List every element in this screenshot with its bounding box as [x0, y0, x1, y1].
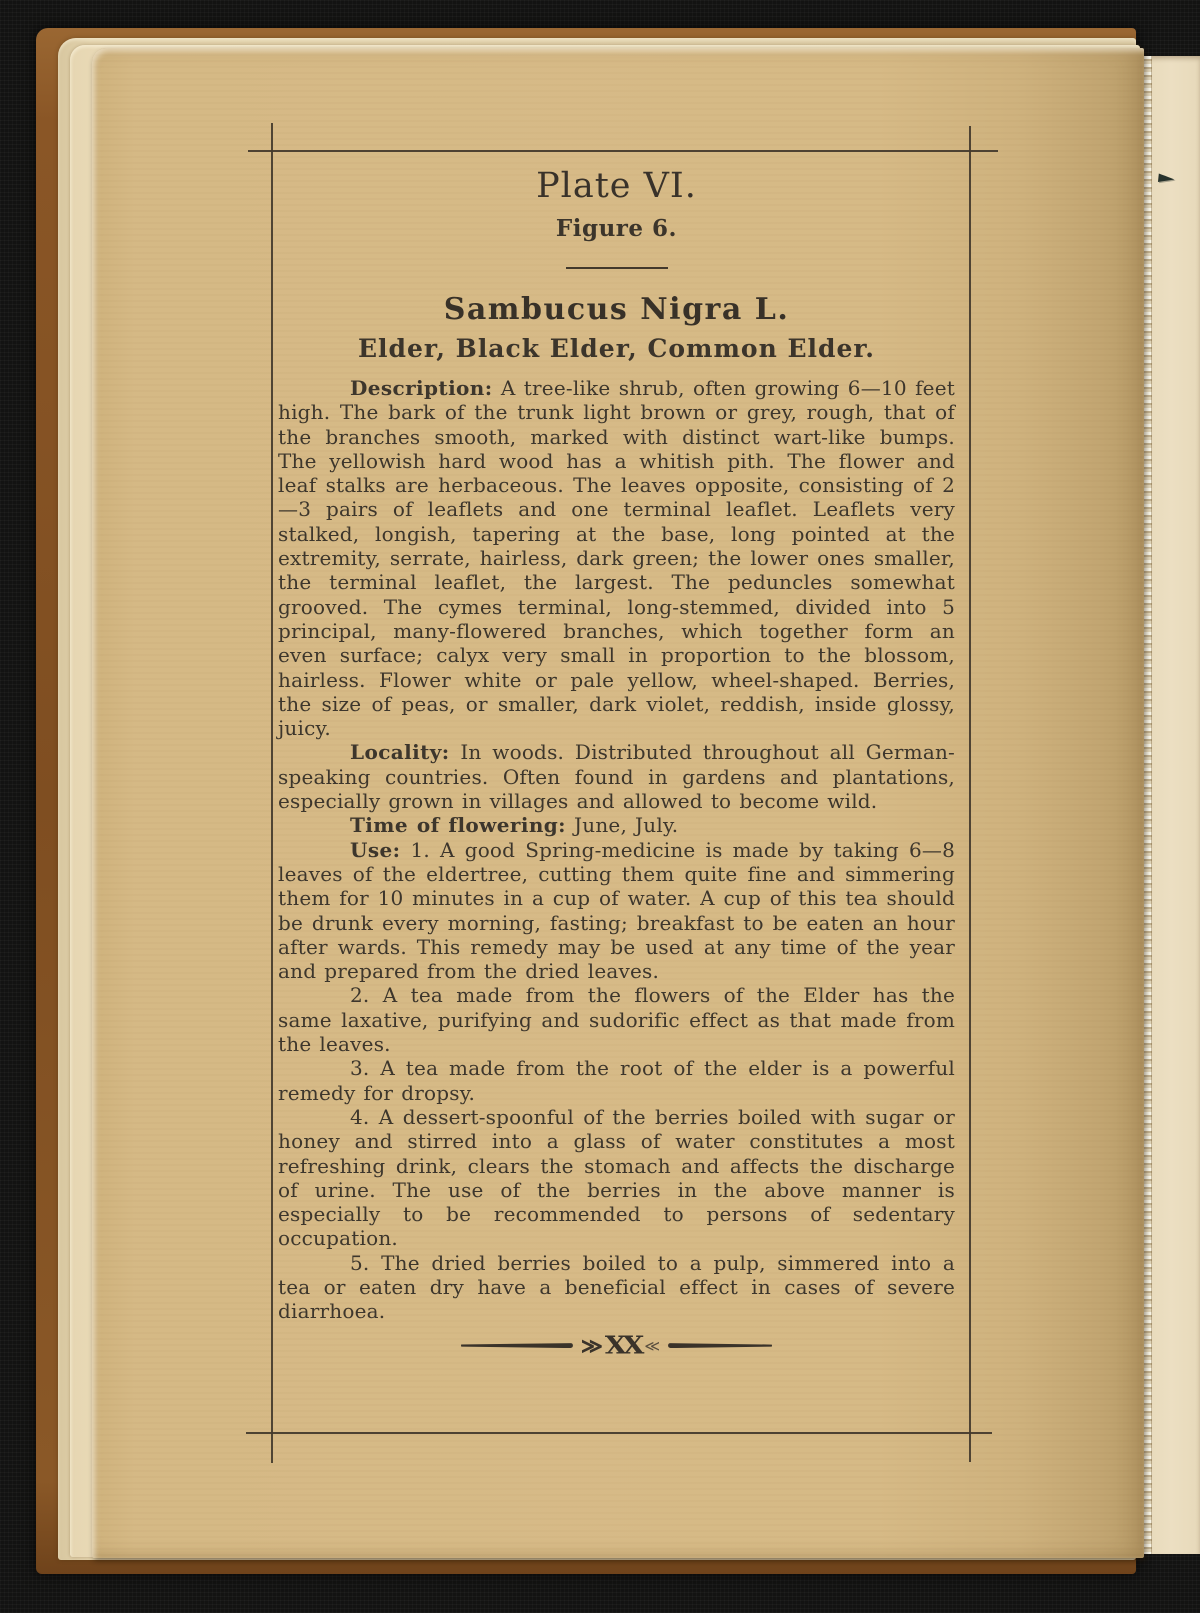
paragraph-use-4: 4. A dessert-spoonful of the berries boi… [278, 1105, 955, 1251]
paragraph-text: 2. A tea made from the flowers of the El… [278, 983, 955, 1056]
ornament-rule-right [668, 1343, 772, 1348]
text-frame-bottom-rule [246, 1432, 992, 1434]
plate-title: Plate VI. [278, 166, 955, 206]
figure-caption: Figure 6. [278, 215, 955, 242]
text-frame-right-rule [969, 126, 971, 1462]
species-title: Sambucus Nigra L. [278, 292, 955, 327]
paragraph-text: 4. A dessert-spoonful of the berries boi… [278, 1105, 955, 1250]
paragraph-use-5: 5. The dried berries boiled to a pulp, s… [278, 1251, 955, 1324]
divider-ornament: ≫ XX ≪ [278, 1333, 955, 1359]
paragraph-label: Description: [350, 376, 493, 400]
heading-divider-rule [566, 267, 668, 269]
text-block: Plate VI. Figure 6. Sambucus Nigra L. El… [278, 152, 955, 1359]
paragraph-text: June, July. [566, 813, 678, 837]
paragraph-label: Use: [350, 838, 400, 862]
body-copy: Description: A tree-like shrub, often gr… [278, 376, 955, 1324]
paragraph-locality: Locality: In woods. Distributed througho… [278, 740, 955, 813]
text-frame-left-rule [271, 123, 273, 1463]
paragraph-description: Description: A tree-like shrub, often gr… [278, 376, 955, 740]
common-names: Elder, Black Elder, Common Elder. [278, 334, 955, 363]
paragraph-text: 5. The dried berries boiled to a pulp, s… [278, 1251, 955, 1324]
paragraph-text: A tree-like shrub, often growing 6—10 fe… [278, 376, 955, 740]
book-scan: { "book_page": { "plate_title": "Plate V… [0, 0, 1200, 1613]
paragraph-text: 3. A tea made from the root of the elder… [278, 1056, 955, 1104]
paragraph-flowering-time: Time of flowering: June, July. [278, 813, 955, 837]
ornament-chevron-left-icon: ≫ [581, 1333, 603, 1358]
paragraph-use-3: 3. A tea made from the root of the elder… [278, 1056, 955, 1105]
ornament-rule-left [461, 1343, 573, 1348]
margin-arrow-icon: ► [1157, 167, 1175, 189]
ornament-knot-icon: XX [605, 1332, 640, 1360]
paragraph-label: Locality: [350, 740, 450, 764]
paragraph-label: Time of flowering: [350, 813, 566, 837]
ornament-chevron-right-icon: ≪ [644, 1337, 660, 1355]
paragraph-use-1: Use: 1. A good Spring-medicine is made b… [278, 838, 955, 984]
paragraph-use-2: 2. A tea made from the flowers of the El… [278, 983, 955, 1056]
